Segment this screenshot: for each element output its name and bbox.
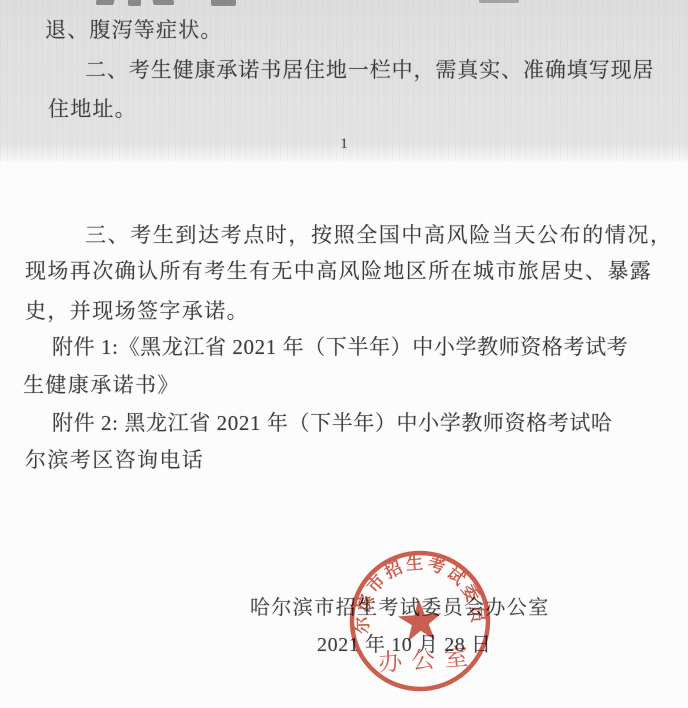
body-line-item3-cont1: 现场再次确认所有考生有无中高风险地区所在城市旅居史、暴露 bbox=[25, 258, 652, 284]
attachment-2-line: 附件 2: 黑龙江省 2021 年（下半年）中小学教师资格考试哈 bbox=[52, 410, 613, 436]
page-number: 1 bbox=[0, 136, 688, 153]
clipped-text-fragment bbox=[153, 0, 175, 5]
scanned-notice-page: 退、腹泻等症状。 二、考生健康承诺书居住地一栏中，需真实、准确填写现居 住地址。… bbox=[0, 0, 688, 708]
body-line-item2-cont: 住地址。 bbox=[48, 96, 137, 122]
clipped-text-fragment bbox=[479, 0, 519, 3]
clipped-text-fragment bbox=[95, 0, 114, 5]
clipped-text-fragment bbox=[211, 0, 236, 6]
clipped-text-fragment bbox=[128, 0, 141, 6]
attachment-2-cont: 尔滨考区咨询电话 bbox=[25, 447, 204, 473]
official-seal: 哈尔滨市招生考试委员会 办公室 bbox=[335, 536, 505, 706]
attachment-1-line: 附件 1:《黑龙江省 2021 年（下半年）中小学教师资格考试考 bbox=[52, 334, 628, 360]
seal-star-icon bbox=[397, 598, 444, 643]
body-line-item3: 三、考生到达考点时，按照全国中高风险当天公布的情况， bbox=[85, 222, 673, 248]
body-line-item3-cont2: 史，并现场签字承诺。 bbox=[25, 298, 249, 324]
body-line-item2: 二、考生健康承诺书居住地一栏中，需真实、准确填写现居 bbox=[85, 57, 654, 83]
attachment-1-cont: 生健康承诺书》 bbox=[23, 372, 180, 398]
body-line-symptoms: 退、腹泻等症状。 bbox=[45, 17, 223, 43]
